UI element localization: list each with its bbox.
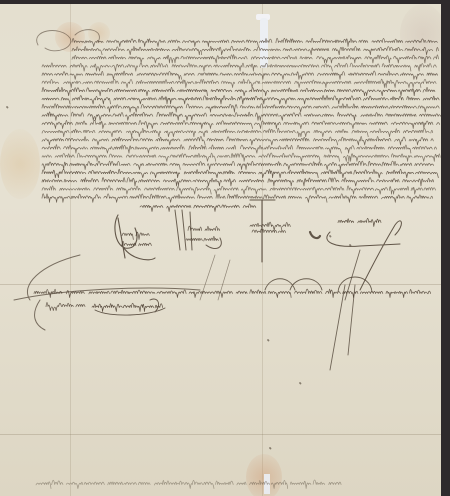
handwriting-layer — [0, 0, 450, 496]
manuscript-sheet — [0, 0, 450, 496]
